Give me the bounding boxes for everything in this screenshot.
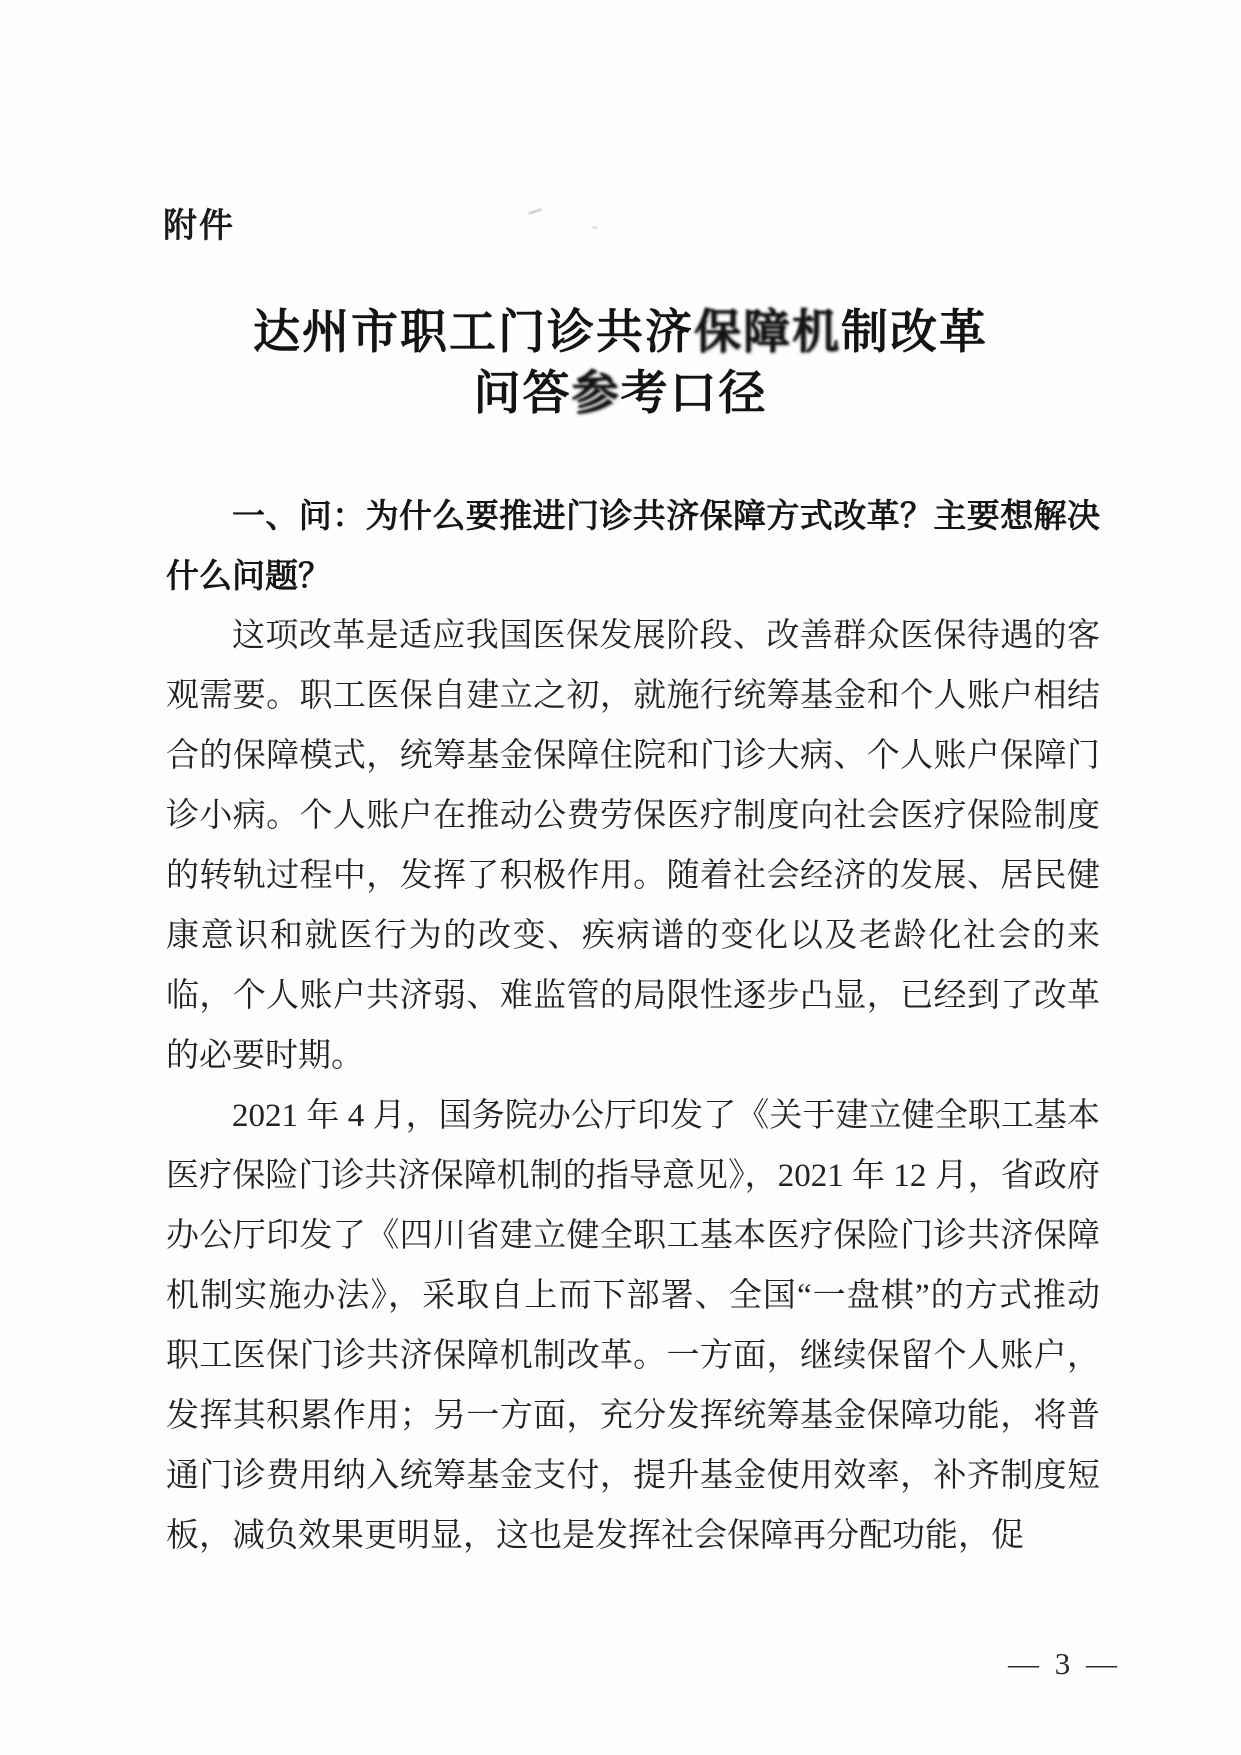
body-paragraph: 这项改革是适应我国医保发展阶段、改善群众医保待遇的客观需要。职工医保自建立之初，…: [166, 606, 1100, 1086]
document-title: 达州市职工门诊共济保障机制改革 问答参考口径: [0, 303, 1241, 425]
title-line-1-post: 制改革: [841, 307, 988, 359]
body-paragraph: 2021 年 4 月，国务院办公厅印发了《关于建立健全职工基本医疗保险门诊共济保…: [166, 1086, 1100, 1566]
document-page: 附件 达州市职工门诊共济保障机制改革 问答参考口径 一、问：为什么要推进门诊共济…: [0, 0, 1241, 1755]
title-line-2-smudged: 参: [572, 368, 621, 420]
scan-artifact: [528, 208, 542, 215]
document-body: 一、问：为什么要推进门诊共济保障方式改革？主要想解决什么问题？ 这项改革是适应我…: [166, 486, 1100, 1566]
title-line-2-pre: 问答: [474, 368, 572, 420]
page-number: — 3 —: [1008, 1646, 1121, 1682]
title-line-1: 达州市职工门诊共济保障机制改革: [0, 303, 1241, 364]
title-line-1-smudged: 保障机: [694, 307, 841, 359]
question-1-heading: 一、问：为什么要推进门诊共济保障方式改革？主要想解决什么问题？: [166, 486, 1100, 606]
title-line-2-post: 考口径: [621, 368, 768, 420]
attachment-label: 附件: [163, 198, 235, 247]
scan-artifact: [592, 226, 598, 229]
title-line-2: 问答参考口径: [0, 364, 1241, 425]
title-line-1-pre: 达州市职工门诊共济: [253, 307, 694, 359]
